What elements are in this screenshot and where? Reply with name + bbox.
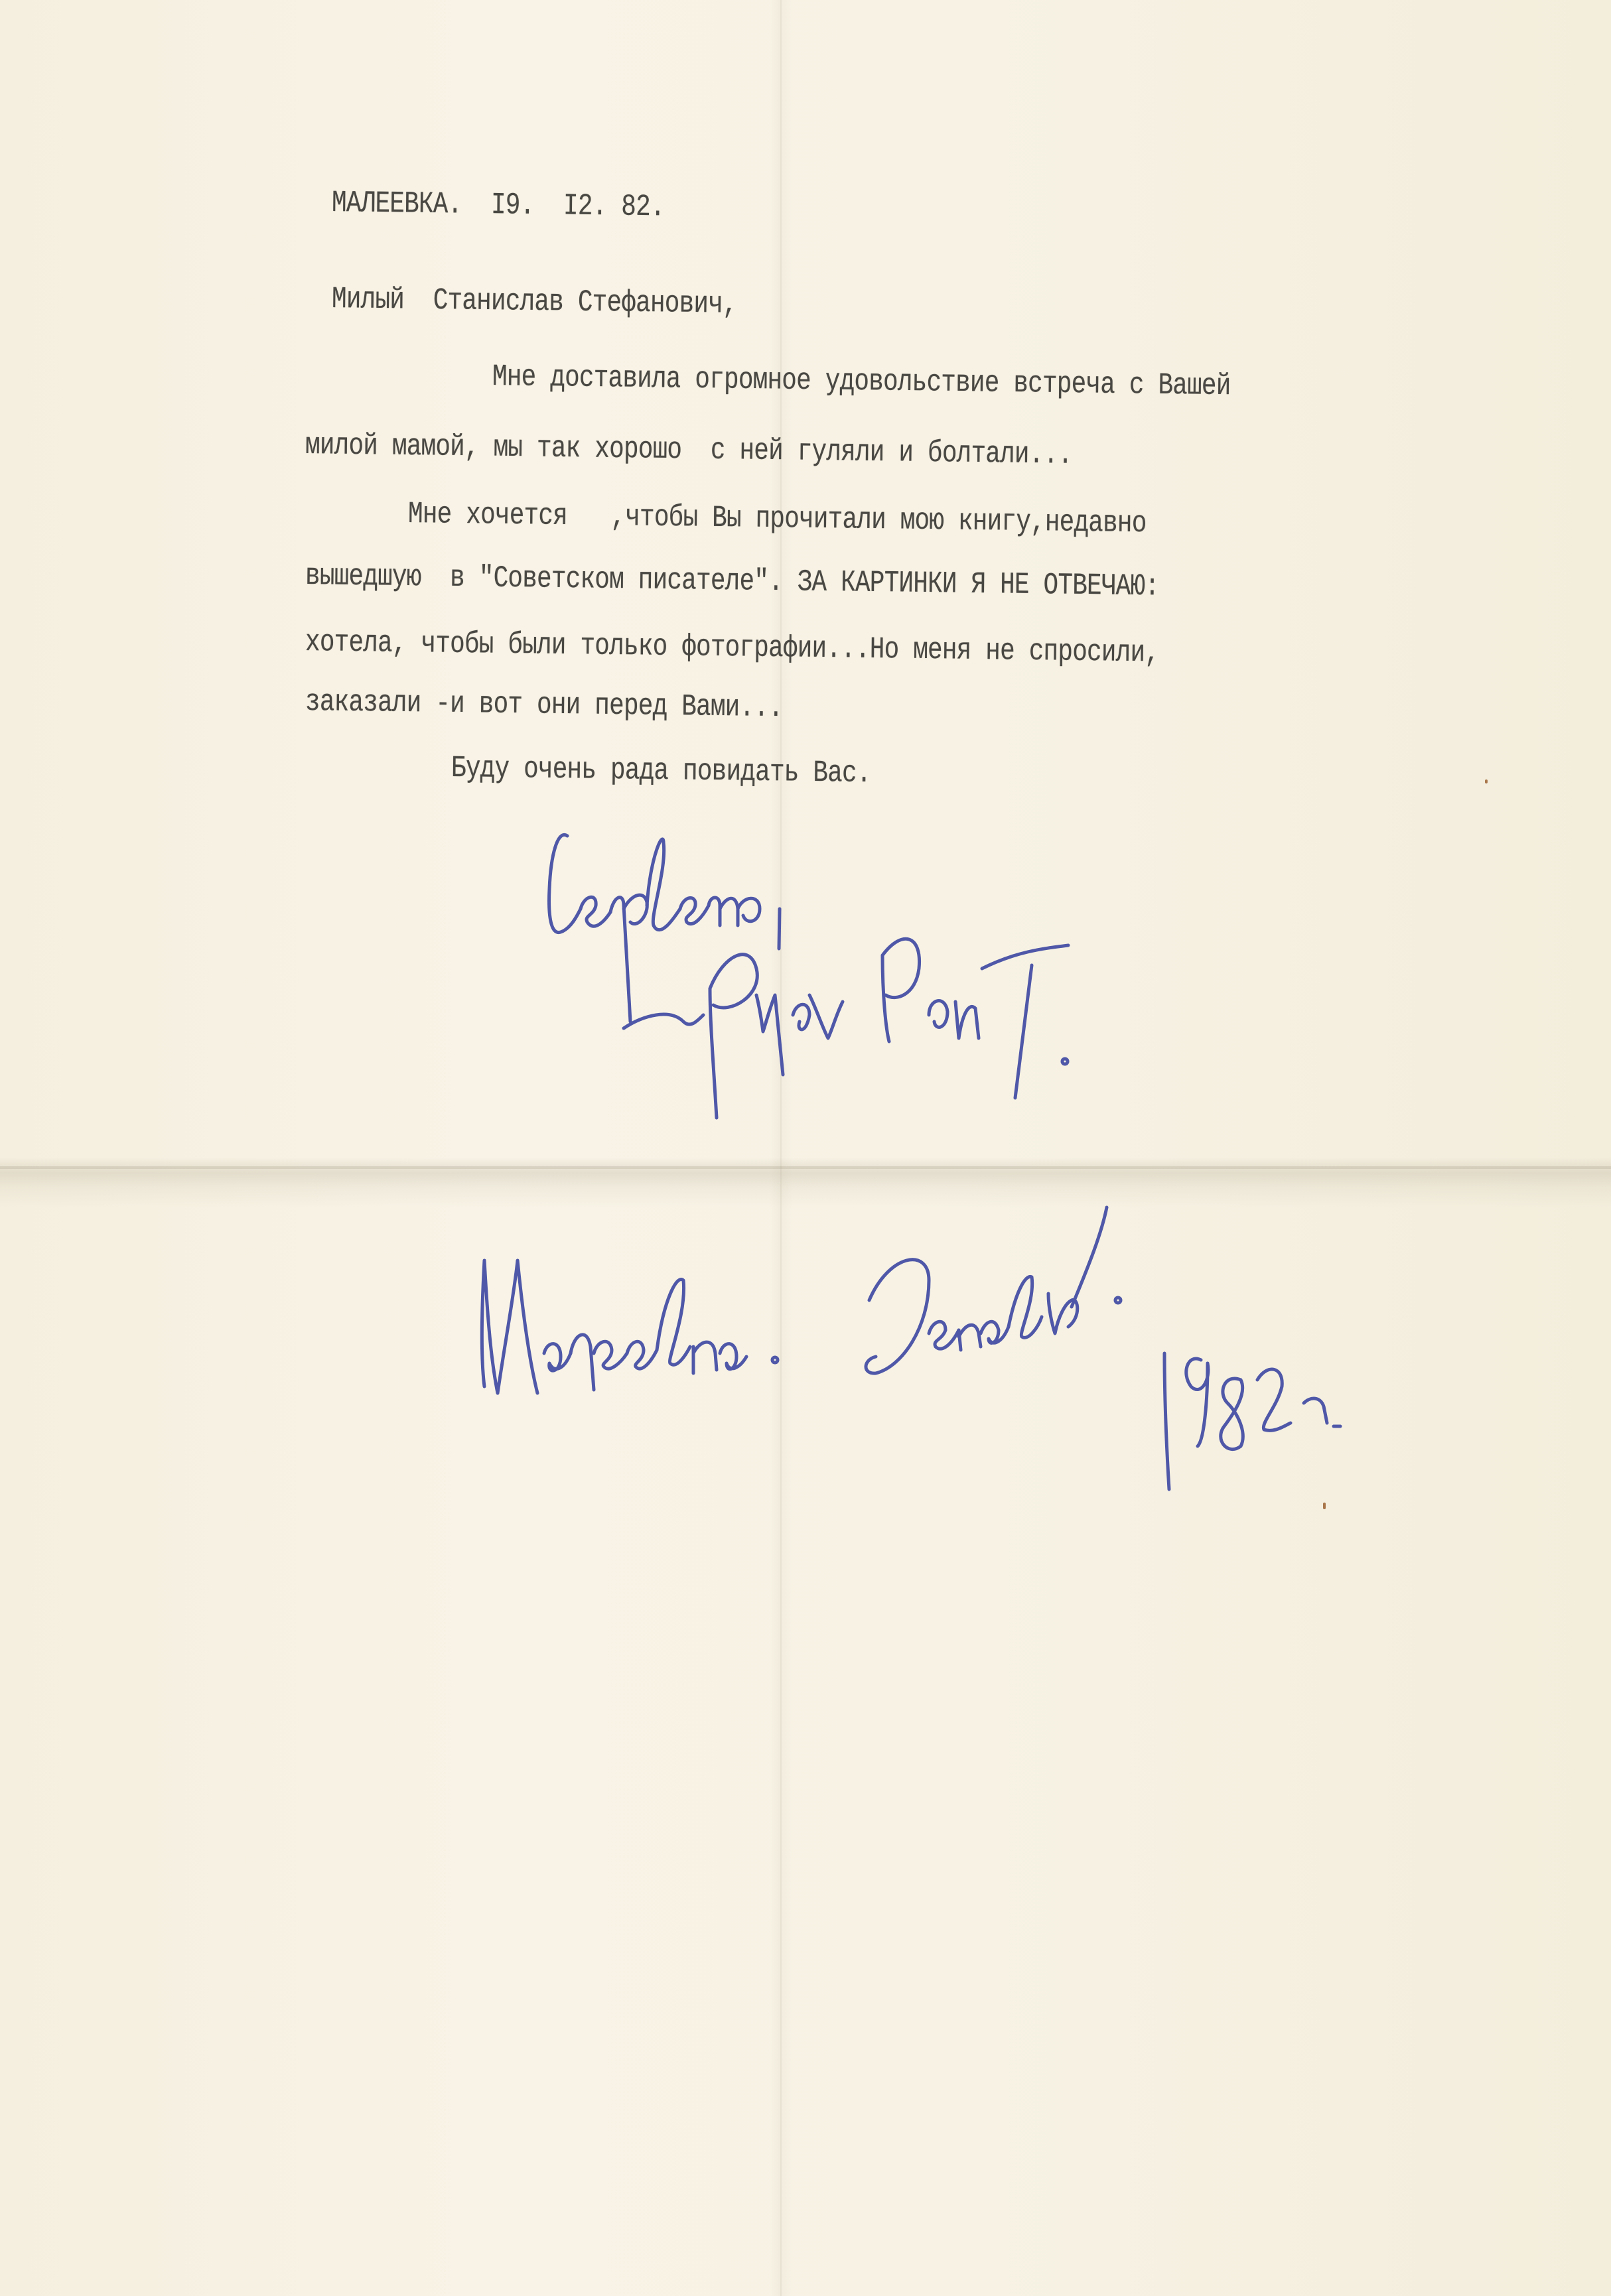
handwritten-signature: Рита Райт. xyxy=(617,915,1214,1128)
handwritten-year-note: 1982 г. xyxy=(1141,1333,1440,1506)
closing-line: Буду очень рада повидать Вас. xyxy=(451,753,871,789)
vertical-fold-crease xyxy=(780,0,782,2296)
salutation: Милый Станислав Стефанович, xyxy=(332,284,737,320)
paper-background xyxy=(0,0,1611,2296)
paper-speck xyxy=(1485,779,1488,783)
body-line-6: заказали -и вот они перед Вами... xyxy=(305,687,783,723)
place-date-line: МАЛЕЕВКА. I9. I2. 82. xyxy=(332,188,665,222)
horizontal-fold-crease xyxy=(0,1166,1611,1169)
paper-speck xyxy=(1323,1503,1326,1509)
